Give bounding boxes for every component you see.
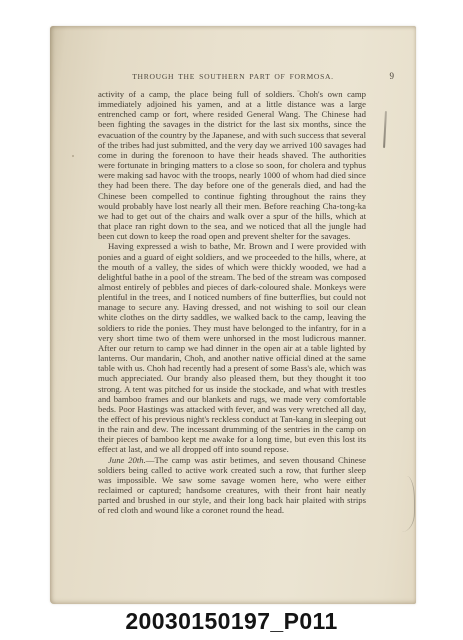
running-header: THROUGH THE SOUTHERN PART OF FORMOSA. 9 [50, 72, 416, 84]
paragraph-3: June 20th.—The camp was astir betimes, a… [98, 455, 366, 516]
paper-speck [72, 155, 74, 157]
page-number: 9 [390, 71, 395, 81]
paper-speck [297, 90, 300, 92]
scanned-book-page: THROUGH THE SOUTHERN PART OF FORMOSA. 9 … [50, 26, 416, 604]
pen-mark [383, 111, 386, 148]
running-title: THROUGH THE SOUTHERN PART OF FORMOSA. [50, 72, 416, 81]
page-crease-mark [402, 476, 415, 532]
paragraph-2: Having expressed a wish to bathe, Mr. Br… [98, 241, 366, 454]
page-body: activity of a camp, the place being full… [98, 89, 366, 516]
scan-viewer: THROUGH THE SOUTHERN PART OF FORMOSA. 9 … [0, 0, 463, 640]
paragraph-1: activity of a camp, the place being full… [98, 89, 366, 241]
date-heading: June 20th. [108, 455, 146, 465]
paper-speck [180, 428, 182, 430]
archive-id-label: 20030150197_P011 [0, 608, 463, 635]
